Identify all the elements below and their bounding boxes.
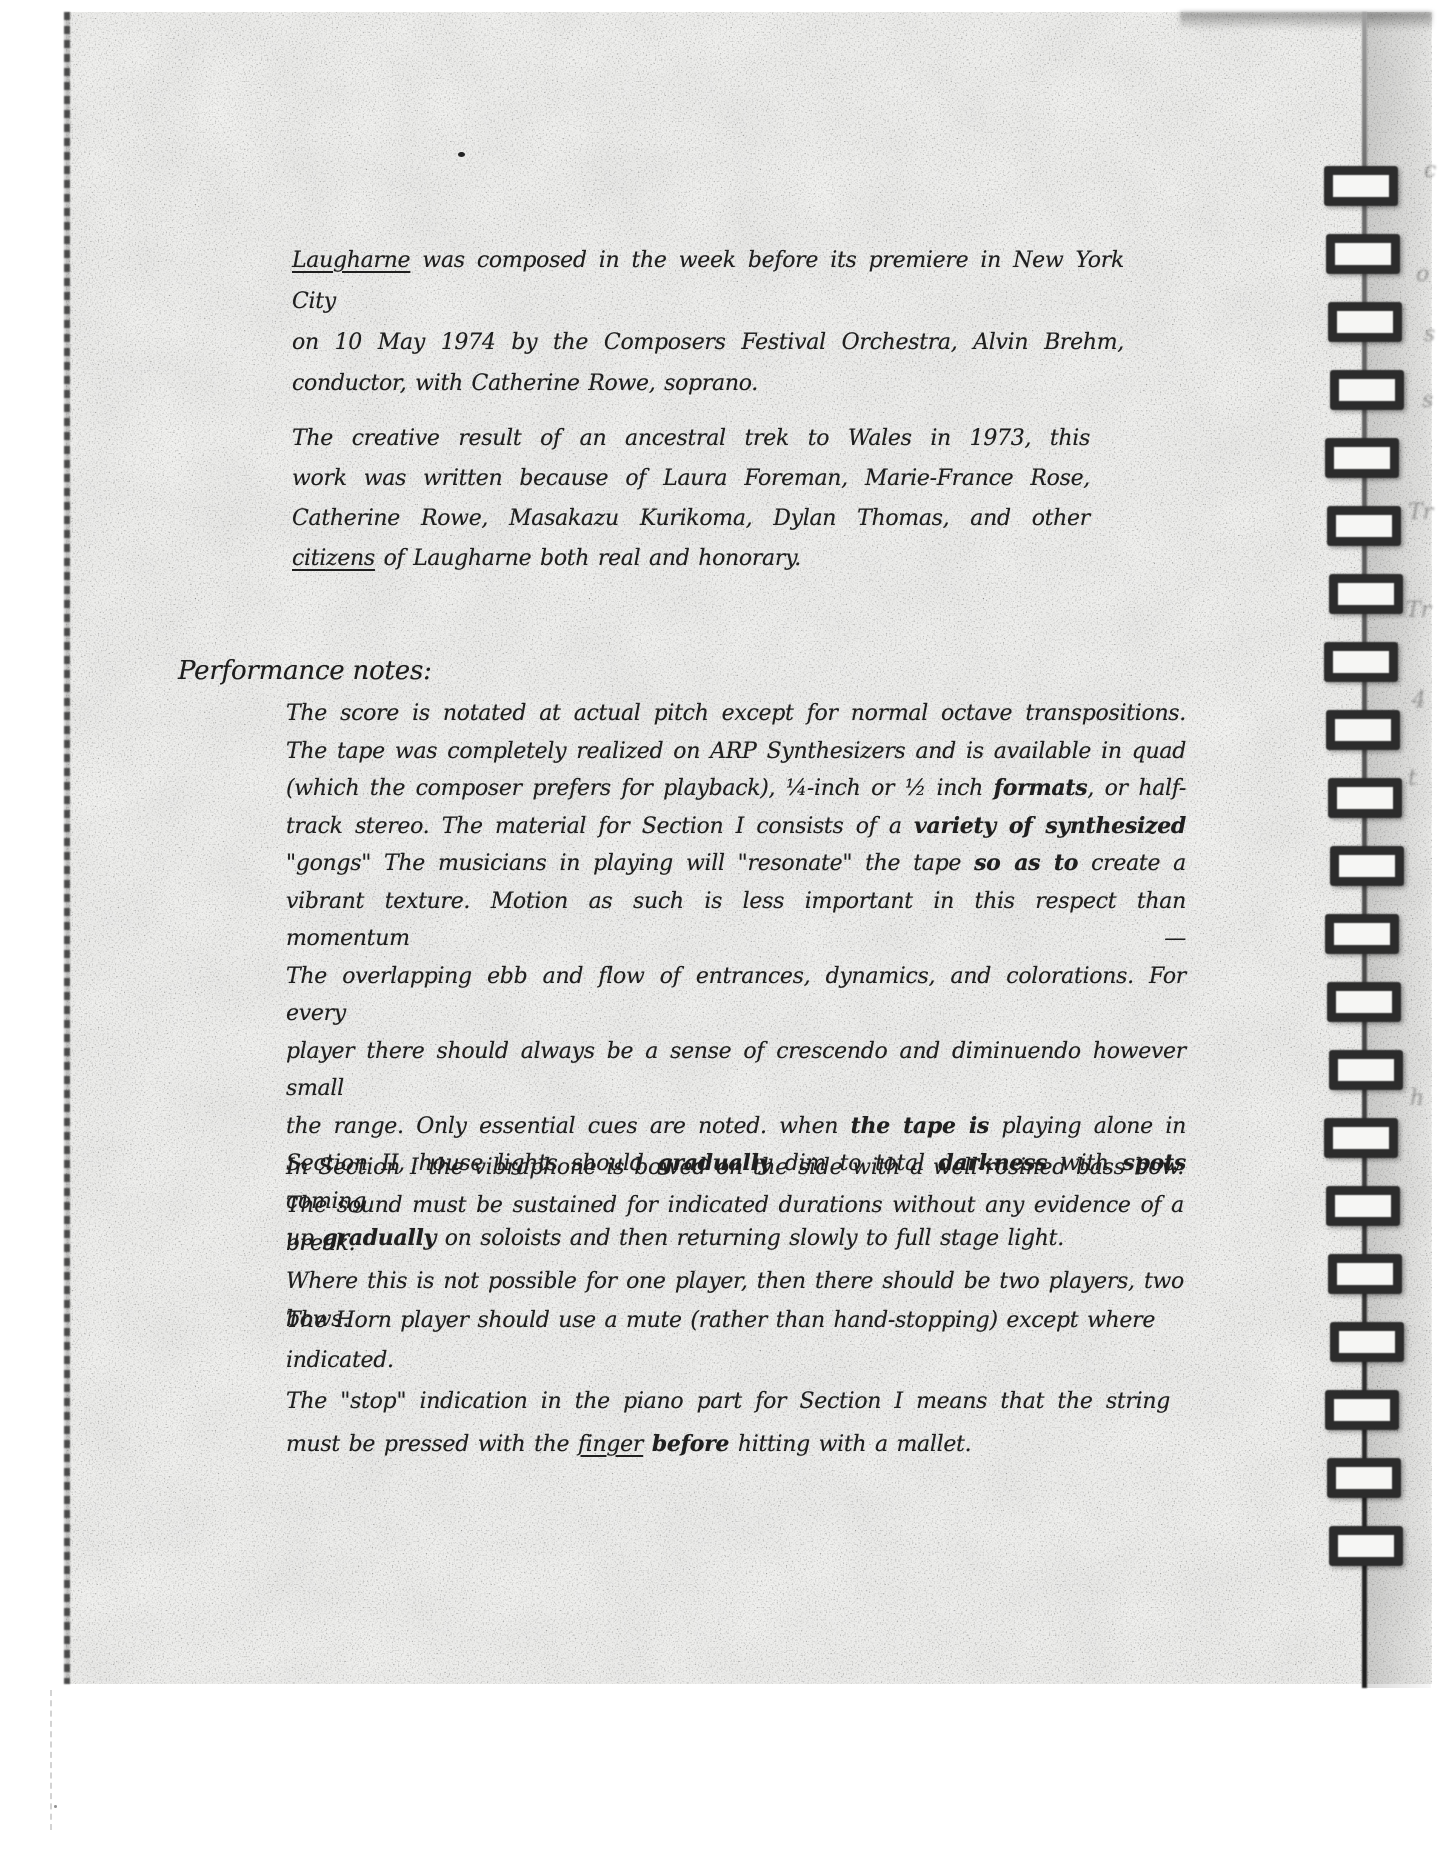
- show-through-mark: t: [1408, 766, 1417, 791]
- handwritten-line: vibrant texture. Motion as such is less …: [286, 883, 1186, 958]
- binding-hole: [1330, 370, 1404, 410]
- binding-hole: [1327, 1458, 1401, 1498]
- show-through-mark: s: [1422, 388, 1433, 413]
- scanned-document-page: Laugharne was composed in the week befor…: [0, 0, 1445, 1858]
- binding-hole: [1324, 166, 1398, 206]
- handwritten-line: track stereo. The material for Section I…: [286, 808, 1186, 846]
- handwritten-line: Laugharne was composed in the week befor…: [292, 240, 1124, 322]
- binding-hole: [1326, 234, 1400, 274]
- show-through-mark: s: [1424, 322, 1435, 347]
- binding-hole: [1329, 1050, 1403, 1090]
- handwritten-line: In Section I the vibraphone is bowed on …: [286, 1149, 1184, 1187]
- binding-hole: [1329, 1526, 1403, 1566]
- show-through-mark: 4: [1412, 688, 1426, 713]
- handwritten-line: must be pressed with the finger before h…: [286, 1423, 1170, 1466]
- handwritten-line: conductor, with Catherine Rowe, soprano.: [292, 363, 1124, 404]
- paragraph-intro: Laugharne was composed in the week befor…: [292, 240, 1124, 404]
- paragraph-horn-note: The Horn player should use a mute (rathe…: [286, 1301, 1226, 1381]
- binding-hole: [1325, 438, 1399, 478]
- handwritten-line: The creative result of an ancestral trek…: [292, 419, 1090, 459]
- show-through-mark: h: [1410, 1086, 1424, 1111]
- binding-hole: [1328, 778, 1402, 818]
- handwritten-line: Catherine Rowe, Masakazu Kurikoma, Dylan…: [292, 499, 1090, 539]
- paragraph-dedication: The creative result of an ancestral trek…: [292, 419, 1090, 579]
- binding-hole: [1328, 1254, 1402, 1294]
- handwritten-line: The score is notated at actual pitch exc…: [286, 695, 1186, 733]
- ink-speck: [54, 1805, 57, 1808]
- handwritten-line: The sound must be sustained for indicate…: [286, 1187, 1184, 1263]
- binding-hole: [1327, 506, 1401, 546]
- handwritten-line: work was written because of Laura Forema…: [292, 459, 1090, 499]
- binding-hole: [1324, 642, 1398, 682]
- page-left-edge: [64, 12, 70, 1684]
- scan-smudge: [1180, 12, 1432, 30]
- binding-hole: [1328, 302, 1402, 342]
- binding-hole: [1329, 574, 1403, 614]
- handwritten-line: player there should always be a sense of…: [286, 1033, 1186, 1108]
- binding-hole: [1330, 846, 1404, 886]
- binding-hole: [1330, 1322, 1404, 1362]
- handwritten-line: The "stop" indication in the piano part …: [286, 1381, 1170, 1423]
- handwritten-line: citizens of Laugharne both real and hono…: [292, 539, 1090, 579]
- binding-hole: [1325, 1390, 1399, 1430]
- handwritten-line: The tape was completely realized on ARP …: [286, 733, 1186, 771]
- binding-hole: [1327, 982, 1401, 1022]
- binding-hole: [1325, 914, 1399, 954]
- section-heading: Performance notes:: [178, 656, 432, 686]
- show-through-mark: Tr: [1408, 500, 1433, 525]
- handwritten-line: on 10 May 1974 by the Composers Festival…: [292, 322, 1124, 363]
- show-through-mark: c: [1424, 158, 1436, 183]
- binding-hole: [1326, 710, 1400, 750]
- handwritten-line: The overlapping ebb and flow of entrance…: [286, 958, 1186, 1033]
- scan-edge-artifact: [50, 1690, 52, 1830]
- binding-hole: [1326, 1186, 1400, 1226]
- show-through-mark: Tr: [1406, 598, 1431, 623]
- show-through-mark: o: [1416, 262, 1429, 287]
- binding-hole: [1324, 1118, 1398, 1158]
- ink-speck: [458, 152, 465, 157]
- paragraph-piano-stop-note: The "stop" indication in the piano part …: [286, 1381, 1170, 1466]
- handwritten-line: the range. Only essential cues are noted…: [286, 1108, 1186, 1146]
- handwritten-line: (which the composer prefers for playback…: [286, 770, 1186, 808]
- handwritten-line: The Horn player should use a mute (rathe…: [286, 1301, 1226, 1381]
- handwritten-line: "gongs" The musicians in playing will "r…: [286, 845, 1186, 883]
